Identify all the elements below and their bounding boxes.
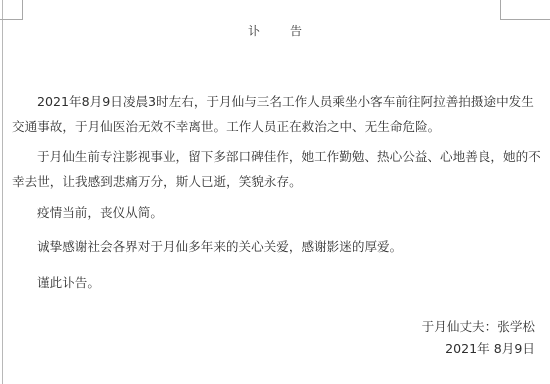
signature-block: 于月仙丈夫：张学松 2021年8月9日 — [422, 316, 535, 360]
paragraph-closing: 谨此讣告。 — [37, 270, 550, 295]
crop-mark-top-right — [500, 0, 550, 20]
document-title: 讣告 — [0, 22, 550, 39]
paragraph-accident: 2021年8月9日凌晨3时左右，于月仙与三名工作人员乘坐小客车前往阿拉善拍摄途中… — [12, 89, 542, 139]
paragraph-funeral: 疫情当前，丧仪从简。 — [37, 200, 550, 225]
signature-date: 2021年8月9日 — [422, 338, 535, 360]
paragraph-tribute: 于月仙生前专注影视事业，留下多部口碑佳作，她工作勤勉、热心公益、心地善良，她的不… — [12, 144, 542, 194]
paragraph-thanks: 诚挚感谢社会各界对于月仙多年来的关心关爱，感谢影迷的厚爱。 — [37, 234, 550, 259]
signature-day: 8月9日 — [494, 341, 535, 356]
title-char-2: 告 — [290, 22, 302, 39]
page-edge — [2, 0, 3, 384]
crop-mark-top-left — [0, 0, 23, 20]
title-char-1: 讣 — [248, 22, 260, 39]
signature-year: 2021年 — [445, 341, 490, 356]
signature-name: 于月仙丈夫：张学松 — [422, 316, 535, 338]
